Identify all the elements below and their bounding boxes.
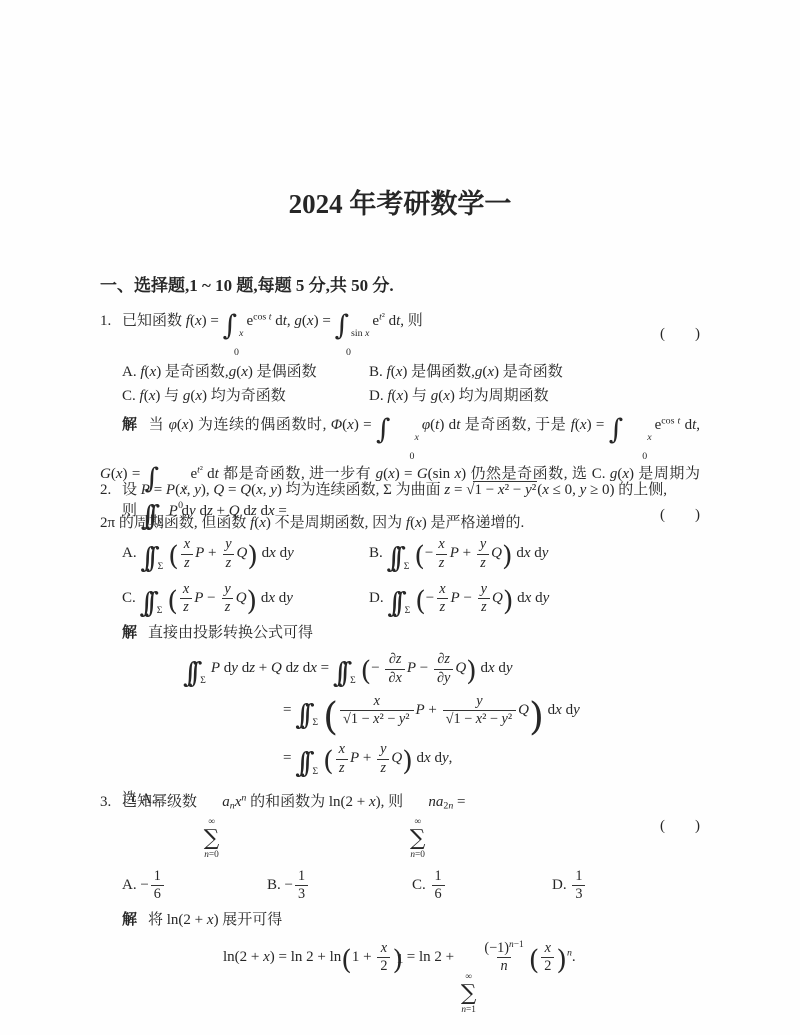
question-2-stem-line2: 则 ∫∫ΣP dy dz + Q dz dx = [122,501,287,530]
section-heading: 一、选择题,1 ~ 10 题,每题 5 分,共 50 分. [100,274,700,298]
question-1-options: A. f(x) 是奇函数,g(x) 是偶函数 B. f(x) 是偶函数,g(x)… [122,362,700,407]
question-3-solution-label: 解 [122,912,137,928]
question-2-number: 2. [100,480,122,617]
question-2-solution-equation-3: = ∫∫Σ(xzP + yzQ) dx dy, [283,741,700,777]
question-3-option-a: A. −16 [122,868,267,903]
question-2-solution-equation-2: = ∫∫Σ(x√1 − x² − y²P + y√1 − x² − y²Q) d… [283,693,700,737]
question-2-body: 设 P = P(x, y), Q = Q(x, y) 均为连续函数, Σ 为曲面… [122,480,700,617]
question-1-stem-row: 已知函数 f(x) = ∫x0ecos t dt, g(x) = ∫sin x0… [122,311,700,358]
question-2-option-c: C. ∫∫Σ(xzP − yzQ) dx dy [122,581,369,617]
question-1-number: 1. [100,311,122,407]
question-3-stem-row: 已知幂级数 ∞∑n=0anxn 的和函数为 ln(2 + x), 则 ∞∑n=0… [122,792,700,860]
question-1-option-d: D. f(x) 与 g(x) 均为周期函数 [369,386,700,407]
question-3-stem: 已知幂级数 ∞∑n=0anxn 的和函数为 ln(2 + x), 则 ∞∑n=0… [122,792,466,860]
question-3-body: 已知幂级数 ∞∑n=0anxn 的和函数为 ln(2 + x), 则 ∞∑n=0… [122,792,700,904]
question-3-solution-intro-text: 将 ln(2 + x) 展开可得 [148,912,282,928]
question-2-solution: 解直接由投影转换公式可得 ∫∫ΣP dy dz + Q dz dx = ∫∫Σ(… [100,623,700,810]
exam-page: 2024 年考研数学一 一、选择题,1 ~ 10 题,每题 5 分,共 50 分… [0,0,800,1035]
question-2-options: A. ∫∫Σ(xzP + yzQ) dx dy B. ∫∫Σ(−xzP + yz… [122,536,700,617]
question-2-solution-label: 解 [122,625,137,641]
question-1-option-c: C. f(x) 与 g(x) 均为奇函数 [122,386,369,407]
question-2-answer-brackets: ( ) [660,505,700,526]
question-3-option-c: C. 16 [412,868,552,903]
question-3-solution-intro: 解将 ln(2 + x) 展开可得 [100,910,700,931]
question-3-option-d: D. 13 [552,868,700,903]
question-3: 3. 已知幂级数 ∞∑n=0anxn 的和函数为 ln(2 + x), 则 ∞∑… [100,792,700,1015]
question-2-stem-row: 则 ∫∫ΣP dy dz + Q dz dx = ( ) [122,501,700,530]
question-2-option-d: D. ∫∫Σ(−xzP − yzQ) dx dy [369,581,700,617]
question-2-stem-line1: 设 P = P(x, y), Q = Q(x, y) 均为连续函数, Σ 为曲面… [122,480,700,501]
question-2: 2. 设 P = P(x, y), Q = Q(x, y) 均为连续函数, Σ … [100,480,700,810]
page-number: 1 [0,950,800,970]
question-3-main: 3. 已知幂级数 ∞∑n=0anxn 的和函数为 ln(2 + x), 则 ∞∑… [100,792,700,904]
question-1-option-a: A. f(x) 是奇函数,g(x) 是偶函数 [122,362,369,383]
question-3-number: 3. [100,792,122,904]
question-2-solution-equation-1: ∫∫ΣP dy dz + Q dz dx = ∫∫Σ(− ∂z∂xP − ∂z∂… [183,651,700,687]
question-2-option-b: B. ∫∫Σ(−xzP + yzQ) dx dy [369,536,700,572]
question-3-options: A. −16 B. −13 C. 16 D. 13 [122,868,700,903]
page-title: 2024 年考研数学一 [0,186,800,224]
question-1-stem: 已知函数 f(x) = ∫x0ecos t dt, g(x) = ∫sin x0… [122,311,423,358]
question-1-body: 已知函数 f(x) = ∫x0ecos t dt, g(x) = ∫sin x0… [122,311,700,407]
question-2-option-a: A. ∫∫Σ(xzP + yzQ) dx dy [122,536,369,572]
question-1-option-b: B. f(x) 是偶函数,g(x) 是奇函数 [369,362,700,383]
question-1-answer-brackets: ( ) [660,324,700,345]
question-1-solution-label: 解 [122,417,138,433]
question-1-main: 1. 已知函数 f(x) = ∫x0ecos t dt, g(x) = ∫sin… [100,311,700,407]
question-2-solution-intro-text: 直接由投影转换公式可得 [148,625,313,641]
question-2-solution-intro: 解直接由投影转换公式可得 [100,623,700,644]
question-2-main: 2. 设 P = P(x, y), Q = Q(x, y) 均为连续函数, Σ … [100,480,700,617]
question-3-answer-brackets: ( ) [660,816,700,837]
question-3-option-b: B. −13 [267,868,412,903]
